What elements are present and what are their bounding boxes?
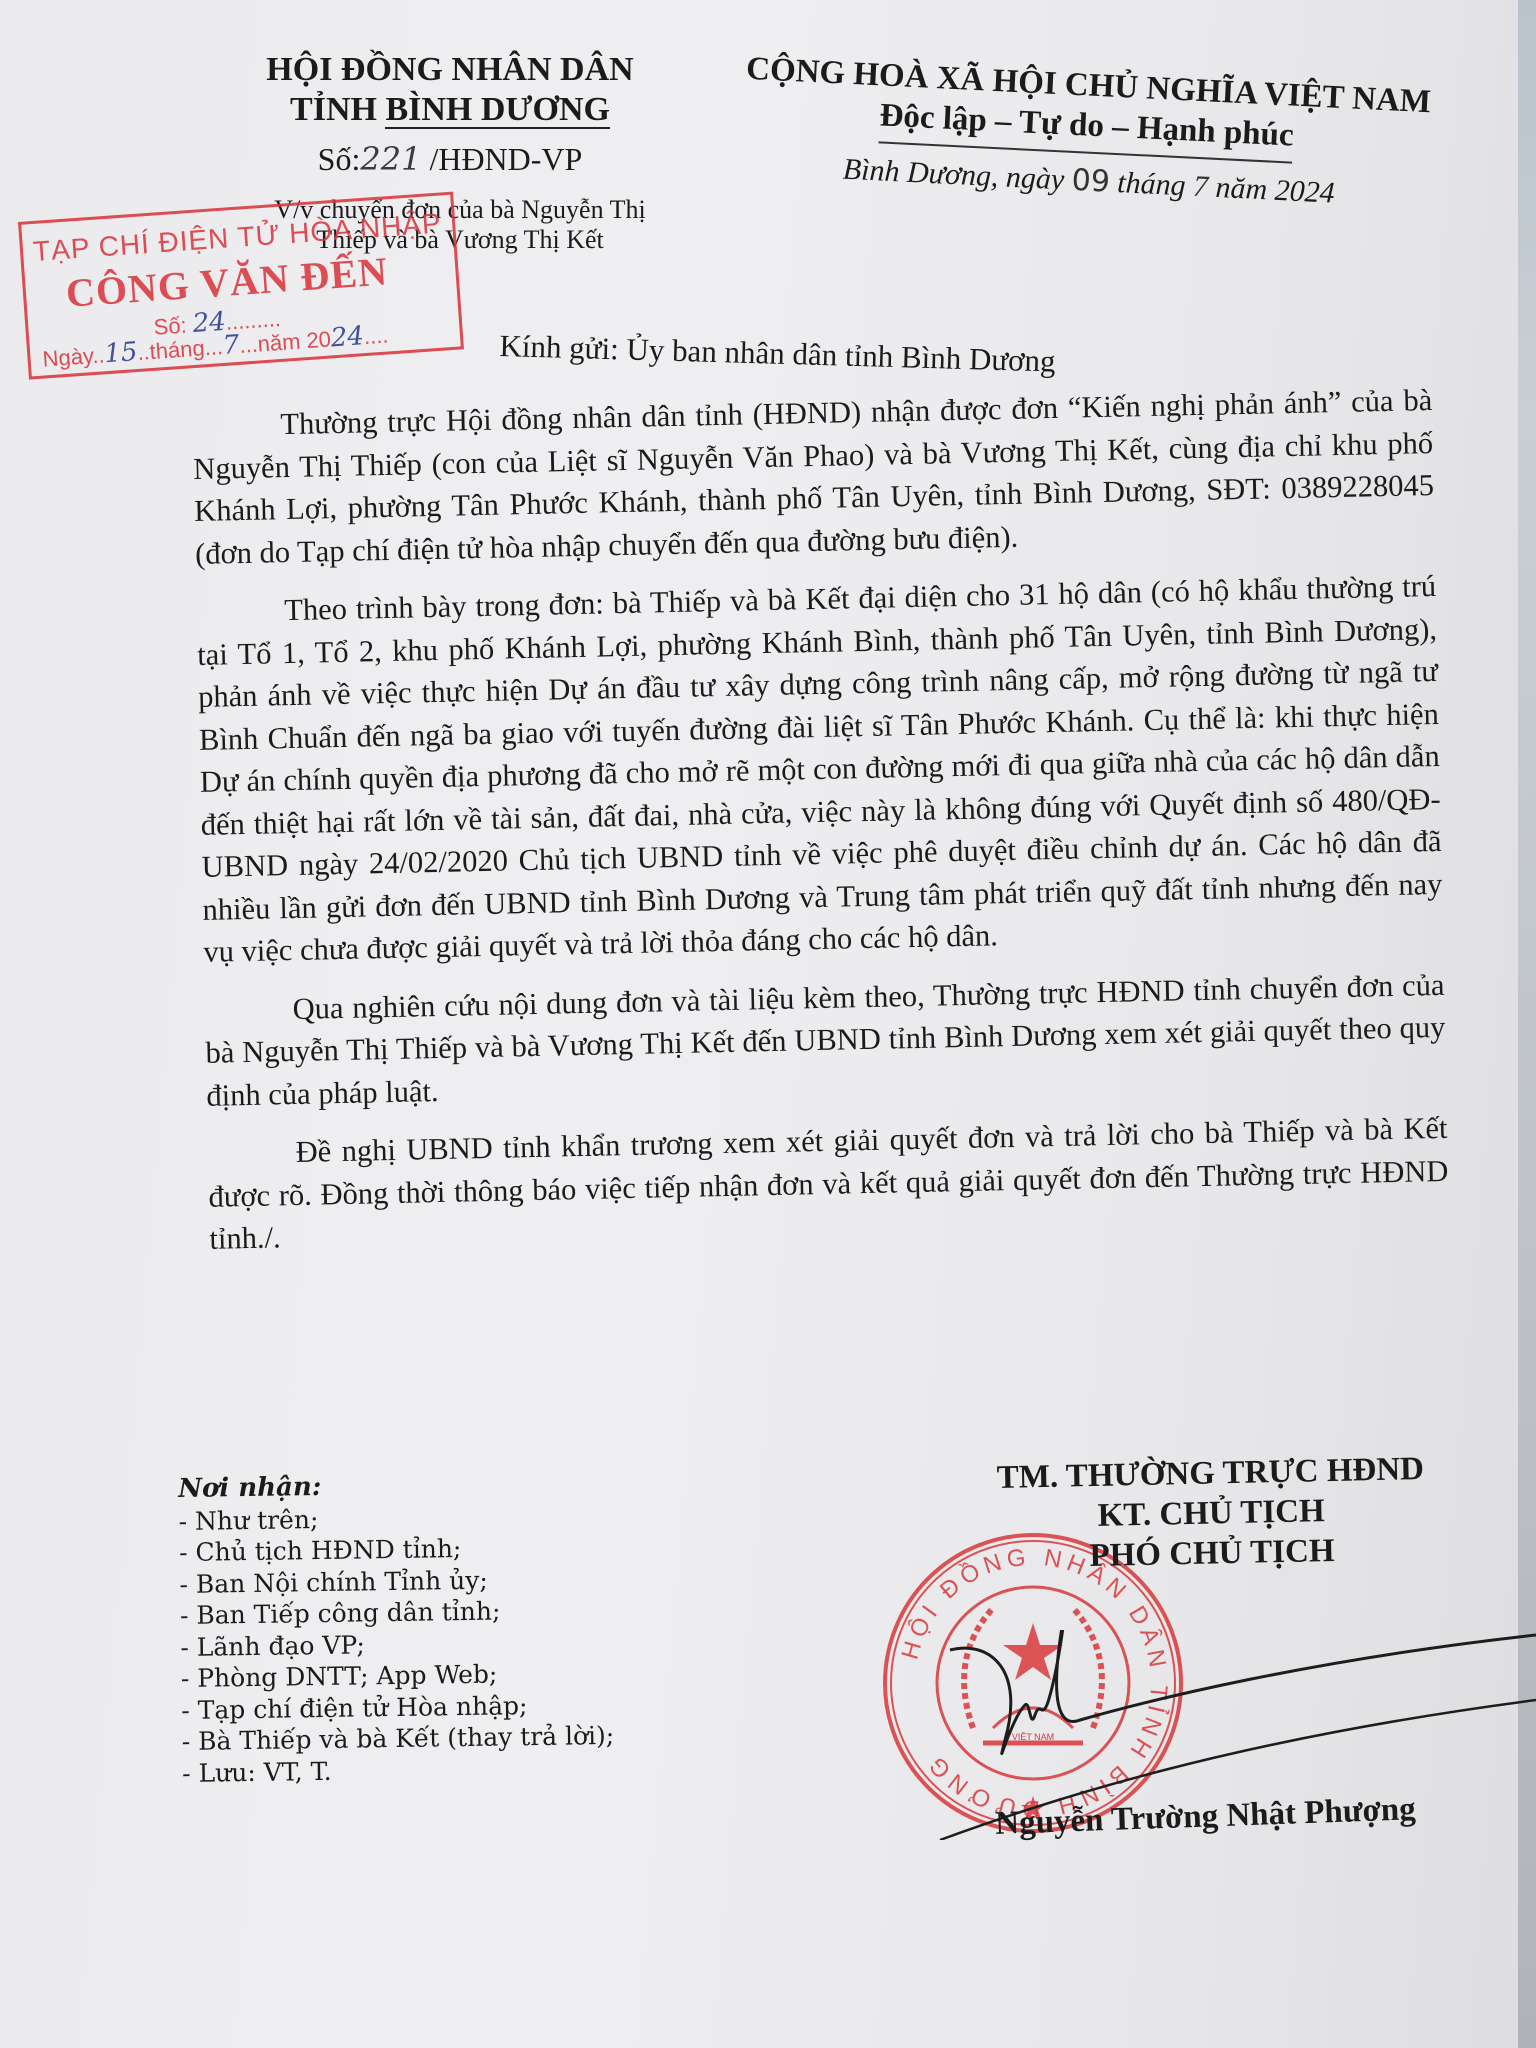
body-paragraph: Qua nghiên cứu nội dung đơn và tài liệu … [204, 963, 1446, 1116]
body-paragraph: Thường trực Hội đồng nhân dân tỉnh (HĐND… [192, 379, 1435, 575]
distribution-list: Nơi nhận: - Như trên; - Chủ tịch HĐND tỉ… [178, 1467, 662, 1789]
body-paragraph: Đề nghị UBND tỉnh khẩn trương xem xét gi… [207, 1107, 1449, 1260]
letter-body: Thường trực Hội đồng nhân dân tỉnh (HĐND… [192, 379, 1450, 1276]
document-number: Số:221 /HĐND-VP [230, 140, 670, 178]
handwritten-number: 221 [360, 140, 421, 178]
body-paragraph: Theo trình bày trong đơn: bà Thiếp và bà… [196, 565, 1444, 973]
org-line-2-underlined: BÌNH DƯƠNG [385, 93, 609, 129]
issuing-organization: HỘI ĐỒNG NHÂN DÂN TỈNH BÌNH DƯƠNG [230, 50, 670, 130]
received-document-stamp: TẠP CHÍ ĐIỆN TỬ HÒA NHẬP CÔNG VĂN ĐẾN Số… [18, 192, 464, 380]
distribution-item: - Bà Thiếp và bà Kết (thay trả lời); [182, 1719, 662, 1757]
org-line-1: HỘI ĐỒNG NHÂN DÂN [230, 50, 670, 90]
distribution-item: - Lưu: VT, T. [182, 1751, 662, 1789]
date-day: 09 [1071, 163, 1111, 200]
org-line-2: TỈNH BÌNH DƯƠNG [230, 90, 670, 130]
signature-block: TM. THƯỜNG TRỰC HĐND KT. CHỦ TỊCH PHÓ CH… [900, 1447, 1522, 1580]
